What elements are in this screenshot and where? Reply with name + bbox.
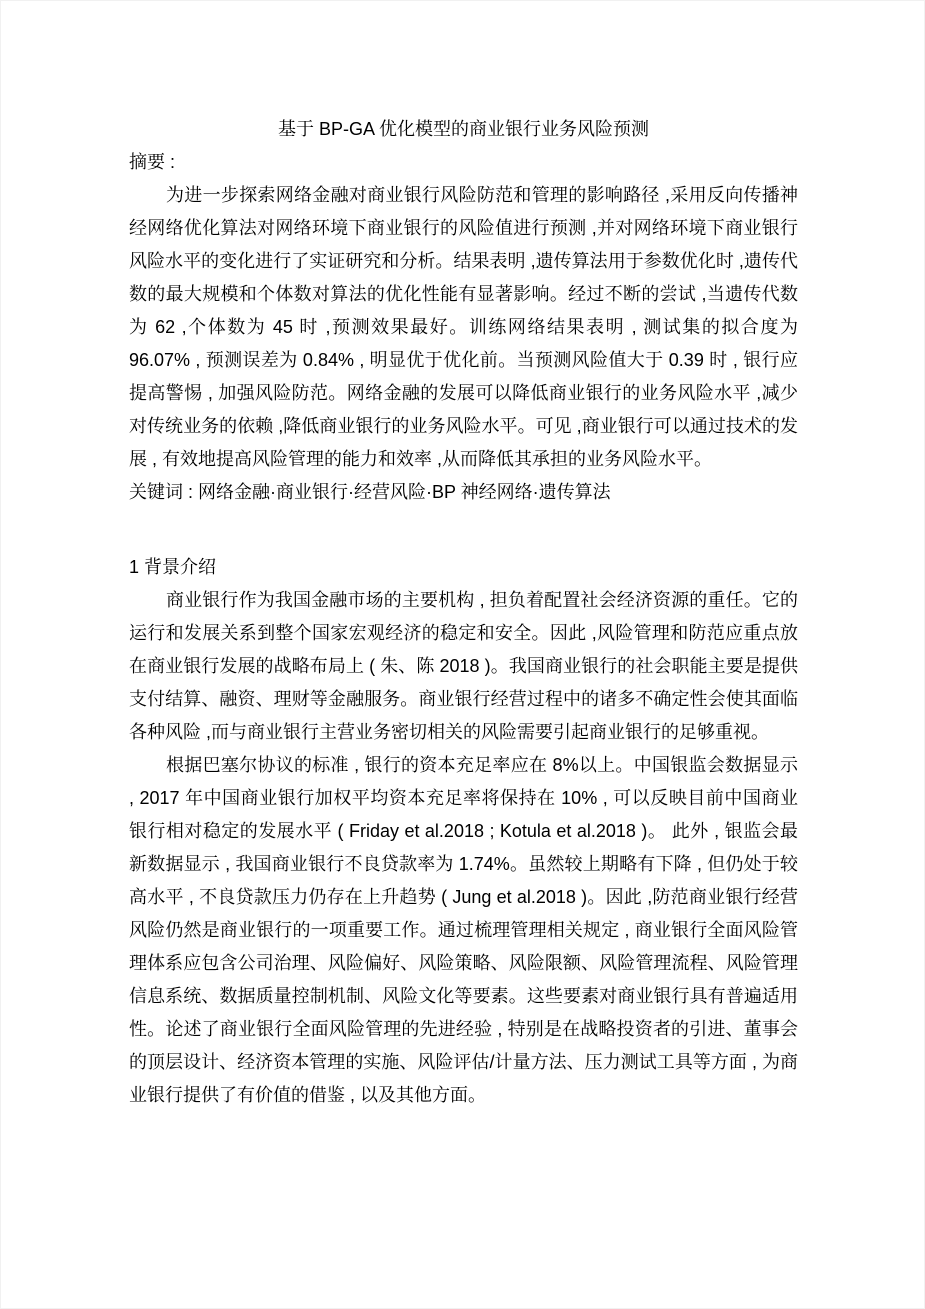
abstract-paragraph: 为进一步探索网络金融对商业银行风险防范和管理的影响路径 ,采用反向传播神经网络优… (129, 179, 798, 476)
keywords-text: 网络金融·商业银行·经营风险·BP 神经网络·遗传算法 (198, 482, 611, 502)
section-paragraph-2: 根据巴塞尔协议的标准 , 银行的资本充足率应在 8%以上。中国银监会数据显示 ,… (129, 749, 798, 1112)
section-heading-background: 1 背景介绍 (129, 551, 798, 584)
keywords-line: 关键词 : 网络金融·商业银行·经营风险·BP 神经网络·遗传算法 (129, 476, 798, 509)
keywords-label: 关键词 : (129, 482, 198, 502)
abstract-label: 摘要 : (129, 146, 798, 179)
document-page: 基于 BP-GA 优化模型的商业银行业务风险预测 摘要 : 为进一步探索网络金融… (1, 1, 925, 1309)
paper-title: 基于 BP-GA 优化模型的商业银行业务风险预测 (129, 113, 798, 146)
section-paragraph-1: 商业银行作为我国金融市场的主要机构 , 担负着配置社会经济资源的重任。它的运行和… (129, 584, 798, 749)
